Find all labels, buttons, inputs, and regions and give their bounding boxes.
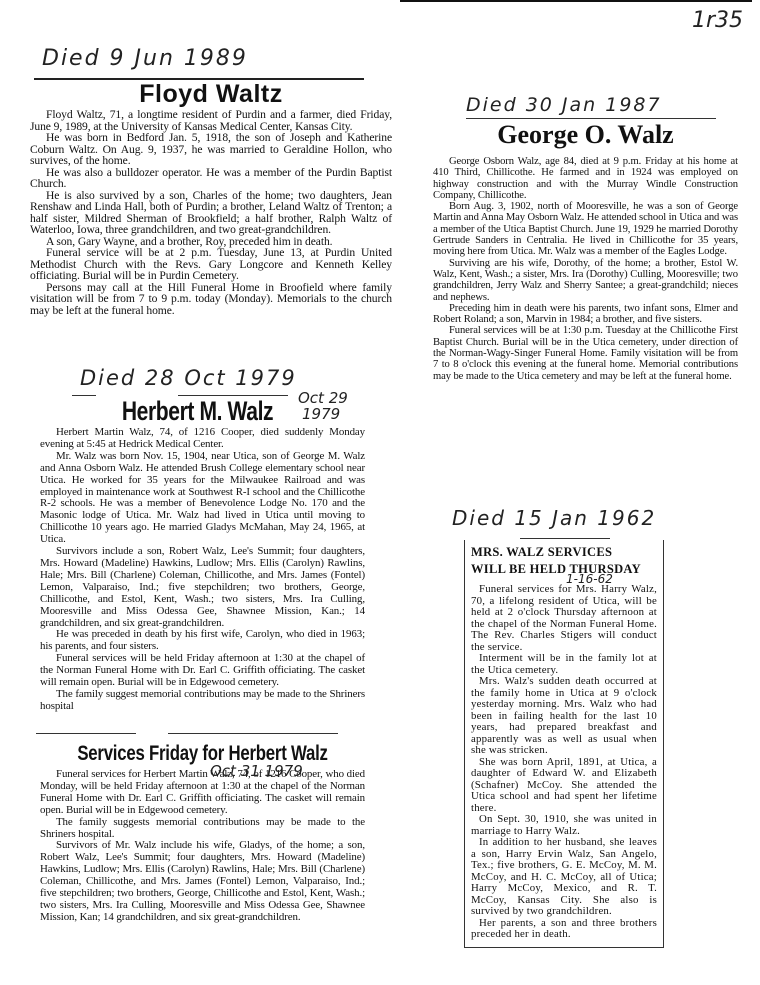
obituary-body-mrs-walz: Funeral services for Mrs. Harry Walz, 70… xyxy=(471,584,657,941)
paragraph: He was preceded in death by his first wi… xyxy=(40,629,365,653)
clipping-services-friday: Services Friday for Herbert Walz Funeral… xyxy=(40,742,365,924)
paragraph: Survivors of Mr. Walz include his wife, … xyxy=(40,840,365,923)
handwritten-date-floyd: Died 9 Jun 1989 xyxy=(42,46,248,71)
obituary-body-george: George Osborn Walz, age 84, died at 9 p.… xyxy=(433,156,738,382)
paragraph: In addition to her husband, she leaves a… xyxy=(471,837,657,918)
clipping-rule xyxy=(168,733,338,734)
paragraph: Born Aug. 3, 1902, north of Mooresville,… xyxy=(433,201,738,257)
clipping-george-walz: George O. Walz George Osborn Walz, age 8… xyxy=(433,120,738,382)
paragraph: Interment will be in the family lot at t… xyxy=(471,653,657,676)
headline-line: WILL BE HELD THURSDAY xyxy=(471,561,657,578)
obituary-body-floyd: Floyd Waltz, 71, a longtime resident of … xyxy=(30,109,392,316)
clipping-mrs-walz: MRS. WALZ SERVICES WILL BE HELD THURSDAY… xyxy=(464,540,664,948)
paragraph: Preceding him in death were his parents,… xyxy=(433,303,738,326)
page-mark: 1r35 xyxy=(692,8,743,33)
paragraph: On Sept. 30, 1910, she was united in mar… xyxy=(471,814,657,837)
headline-line: MRS. WALZ SERVICES xyxy=(471,544,657,561)
paragraph: Funeral services will be held Friday aft… xyxy=(40,653,365,689)
margin-note-services: Oct 31 1979 xyxy=(210,762,303,780)
obituary-body-services: Funeral services for Herbert Martin Walz… xyxy=(40,769,365,924)
paragraph: Surviving are his wife, Dorothy, of the … xyxy=(433,258,738,303)
margin-note-mrs-walz: 1-16-62 xyxy=(566,572,613,586)
paragraph: Survivors include a son, Robert Walz, Le… xyxy=(40,546,365,629)
paragraph: The family suggests memorial contributio… xyxy=(40,817,365,841)
clipping-rule xyxy=(36,733,136,734)
paragraph: Funeral service will be at 2 p.m. Tuesda… xyxy=(30,247,392,282)
headline-herbert-walz: Herbert M. Walz xyxy=(67,396,328,427)
paragraph: Funeral services for Mrs. Harry Walz, 70… xyxy=(471,584,657,653)
handwritten-date-mrs-walz: Died 15 Jan 1962 xyxy=(452,506,656,530)
margin-note-line: 1979 xyxy=(298,406,348,422)
obituary-body-herbert: Herbert Martin Walz, 74, of 1216 Cooper,… xyxy=(40,427,365,713)
paragraph: He was also a bulldozer operator. He was… xyxy=(30,167,392,190)
paragraph: Persons may call at the Hill Funeral Hom… xyxy=(30,282,392,317)
scan-border-line xyxy=(400,0,752,2)
handwritten-date-herbert: Died 28 Oct 1979 xyxy=(80,366,297,390)
handwritten-date-george: Died 30 Jan 1987 xyxy=(466,94,662,116)
paragraph: She was born April, 1891, at Utica, a da… xyxy=(471,757,657,815)
paragraph: Herbert Martin Walz, 74, of 1216 Cooper,… xyxy=(40,427,365,451)
paragraph: Floyd Waltz, 71, a longtime resident of … xyxy=(30,109,392,132)
paragraph: George Osborn Walz, age 84, died at 9 p.… xyxy=(433,156,738,201)
headline-mrs-walz: MRS. WALZ SERVICES WILL BE HELD THURSDAY xyxy=(471,544,657,578)
paragraph: Funeral services will be at 1:30 p.m. Tu… xyxy=(433,325,738,381)
margin-note-herbert: Oct 29 1979 xyxy=(298,390,348,422)
paragraph: Her parents, a son and three brothers pr… xyxy=(471,918,657,941)
paragraph: Mrs. Walz's sudden death occurred at the… xyxy=(471,676,657,757)
headline-george-walz: George O. Walz xyxy=(433,120,738,150)
clipping-rule xyxy=(520,538,610,539)
paragraph: The family suggest memorial contribution… xyxy=(40,689,365,713)
paragraph: He is also survived by a son, Charles of… xyxy=(30,190,392,236)
clipping-floyd-waltz: Floyd Waltz Floyd Waltz, 71, a longtime … xyxy=(30,80,392,316)
headline-floyd-waltz: Floyd Waltz xyxy=(30,80,392,109)
clipping-herbert-walz: Herbert M. Walz Herbert Martin Walz, 74,… xyxy=(40,396,365,713)
paragraph: Mr. Walz was born Nov. 15, 1904, near Ut… xyxy=(40,451,365,546)
paragraph: Funeral services for Herbert Martin Walz… xyxy=(40,769,365,817)
paragraph: He was born in Bedford Jan. 5, 1918, the… xyxy=(30,132,392,167)
margin-note-line: Oct 29 xyxy=(298,390,348,406)
clipping-rule xyxy=(466,118,716,119)
